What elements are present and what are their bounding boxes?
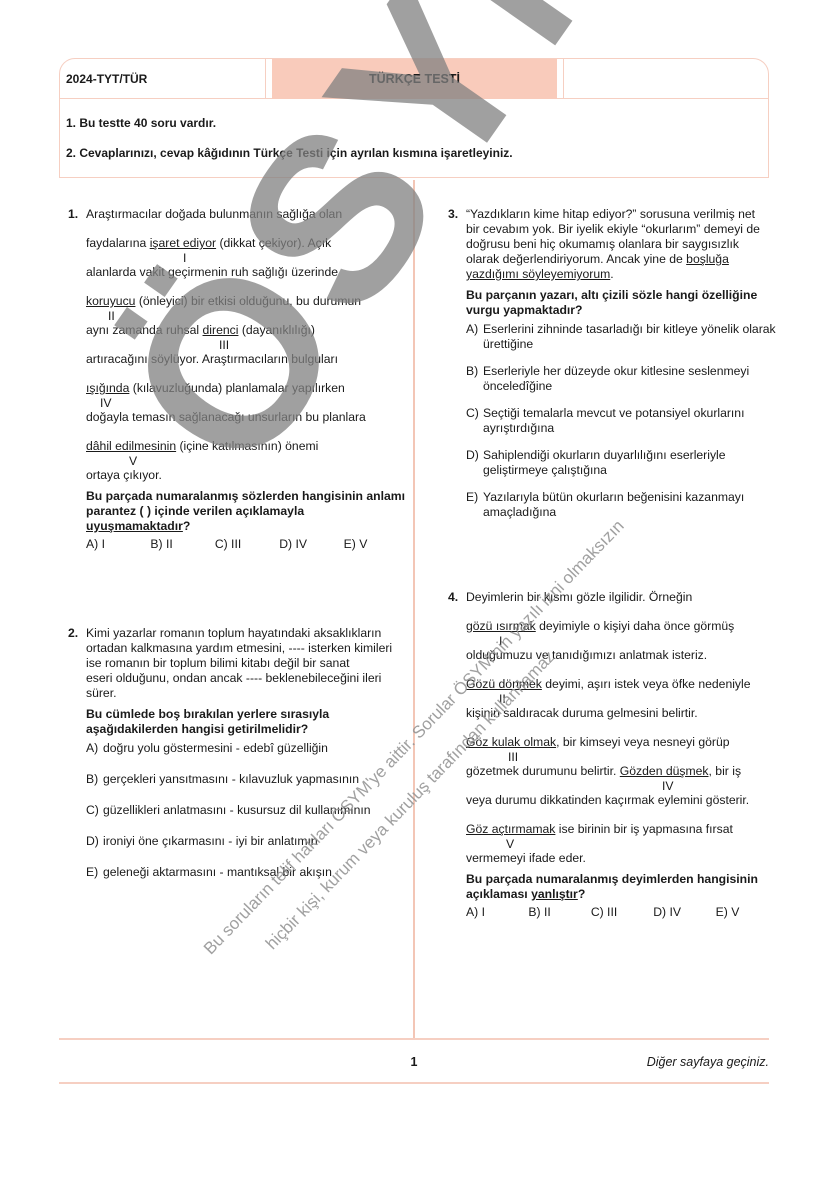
passage-line: Göz kulak olmak, bir kimseyi veya nesney…	[466, 735, 778, 750]
answer-choices: A) I B) II C) III D) IV E) V	[466, 905, 778, 920]
underlined-idiom-ii: Gözü dönmek	[466, 677, 542, 691]
question-number: 3.	[448, 207, 458, 222]
passage-line: Kimi yazarlar romanın toplum hayatındaki…	[86, 626, 408, 641]
choice-b[interactable]: B) II	[150, 537, 214, 552]
marker-iii: III	[508, 750, 518, 764]
choice-d[interactable]: D) IV	[279, 537, 343, 552]
question-number: 4.	[448, 590, 458, 605]
passage-line: ortadan kalkmasına yardım etmesini, ----…	[86, 641, 408, 656]
instruction-2: 2. Cevaplarınızı, cevap kâğıdının Türkçe…	[66, 146, 513, 160]
spacer	[466, 663, 778, 677]
marker-ii: II	[108, 309, 115, 323]
spacer	[466, 808, 778, 822]
marker-row: II	[466, 692, 778, 706]
underlined-phrase-ii: koruyucu	[86, 294, 135, 308]
spacer	[86, 425, 408, 439]
passage-line: koruyucu (önleyici) bir etkisi olduğunu,…	[86, 294, 408, 309]
marker-ii: II	[499, 692, 506, 706]
marker-row: IV	[86, 396, 408, 410]
passage-line: kişinin saldıracak duruma gelmesini beli…	[466, 706, 778, 721]
passage-line: gözü ısırmak deyimiyle o kişiyi daha önc…	[466, 619, 778, 634]
passage-line: ışığında (kılavuzluğunda) planlamalar ya…	[86, 381, 408, 396]
marker-i: I	[183, 251, 186, 265]
spacer	[466, 605, 778, 619]
passage-line: Araştırmacılar doğada bulunmanın sağlığa…	[86, 207, 408, 222]
marker-row: I	[86, 251, 408, 265]
underlined-idiom-v: Göz açtırmamak	[466, 822, 555, 836]
passage-line: alanlarda vakit geçirmenin ruh sağlığı ü…	[86, 265, 408, 280]
marker-i: I	[499, 634, 502, 648]
passage-line: doğayla temasın sağlanacağı unsurların b…	[86, 410, 408, 425]
passage-line: bir cevabım yok. Bir iyelik ekiyle “okur…	[466, 222, 778, 237]
page-number: 1	[400, 1055, 428, 1069]
passage-line: “Yazdıkların kime hitap ediyor?” sorusun…	[466, 207, 778, 222]
option-c[interactable]: C)güzellikleri anlatmasını - kusursuz di…	[86, 803, 408, 818]
underlined-phrase-iv: ışığında	[86, 381, 129, 395]
underlined-idiom-iii: Göz kulak olmak	[466, 735, 556, 749]
passage-line: Gözü dönmek deyimi, aşırı istek veya öfk…	[466, 677, 778, 692]
question-number: 1.	[68, 207, 78, 222]
choice-e[interactable]: E) V	[716, 905, 778, 920]
footer-divider-bottom	[59, 1082, 769, 1084]
passage-line: eseri olduğunu, ondan ancak ---- beklene…	[86, 671, 408, 686]
passage-line: doğrusu beni hiç okumamış olanlara bir s…	[466, 237, 778, 252]
footer-divider-top	[59, 1038, 769, 1040]
exam-code: 2024-TYT/TÜR	[60, 59, 266, 99]
header-row: 2024-TYT/TÜR TÜRKÇE TESTİ	[60, 59, 768, 99]
choice-b[interactable]: B) II	[528, 905, 590, 920]
marker-iv: IV	[662, 779, 674, 793]
option-b[interactable]: B)Eserleriyle her düzeyde okur kitlesine…	[466, 364, 778, 394]
passage-line: yazdığımı söyleyemiyorum.	[466, 267, 778, 282]
test-header: 2024-TYT/TÜR TÜRKÇE TESTİ 1. Bu testte 4…	[59, 58, 769, 178]
marker-row: I	[466, 634, 778, 648]
passage-line: olduğumuzu ve tanıdığımızı anlatmak iste…	[466, 648, 778, 663]
passage-line: ortaya çıkıyor.	[86, 468, 408, 483]
passage-line: veya durumu dikkatinden kaçırmak eylemin…	[466, 793, 778, 808]
choice-c[interactable]: C) III	[215, 537, 279, 552]
passage-line: aynı zamanda ruhsal direnci (dayanıklılı…	[86, 323, 408, 338]
underlined-phrase-v: dâhil edilmesinin	[86, 439, 176, 453]
question-stem: Bu parçada numaralanmış deyimlerden hang…	[466, 872, 778, 902]
passage-line: dâhil edilmesinin (içine katılmasının) ö…	[86, 439, 408, 454]
passage-line: vermemeyi ifade eder.	[466, 851, 778, 866]
choice-a[interactable]: A) I	[466, 905, 528, 920]
question-stem: Bu cümlede boş bırakılan yerlere sırasıy…	[86, 707, 408, 737]
passage-line: artıracağını söylüyor. Araştırmacıların …	[86, 352, 408, 367]
question-stem: Bu parçada numaralanmış sözlerden hangis…	[86, 489, 408, 534]
question-3: 3. “Yazdıkların kime hitap ediyor?” soru…	[448, 207, 778, 520]
choice-d[interactable]: D) IV	[653, 905, 715, 920]
marker-row: V	[466, 837, 778, 851]
choice-e[interactable]: E) V	[344, 537, 408, 552]
choice-a[interactable]: A) I	[86, 537, 150, 552]
option-b[interactable]: B)gerçekleri yansıtmasını - kılavuzluk y…	[86, 772, 408, 787]
option-d[interactable]: D)Sahiplendiği okurların duyarlılığını e…	[466, 448, 778, 478]
spacer	[86, 222, 408, 236]
column-divider	[413, 180, 415, 1038]
option-d[interactable]: D)ironiyi öne çıkarmasını - iyi bir anla…	[86, 834, 408, 849]
header-blank-cell	[563, 59, 768, 99]
marker-row: II	[86, 309, 408, 323]
passage-line: faydalarına işaret ediyor (dikkat çekiyo…	[86, 236, 408, 251]
question-number: 2.	[68, 626, 78, 641]
underlined-phrase-i: işaret ediyor	[150, 236, 216, 250]
passage-line: ise romanın bir toplum bilimi kitabı değ…	[86, 656, 408, 671]
option-e[interactable]: E)geleneği aktarmasını - mantıksal bir a…	[86, 865, 408, 880]
question-stem: Bu parçanın yazarı, altı çizili sözle ha…	[466, 288, 778, 318]
spacer	[466, 721, 778, 735]
test-title: TÜRKÇE TESTİ	[272, 59, 557, 99]
passage-line: Göz açtırmamak ise birinin bir iş yapmas…	[466, 822, 778, 837]
answer-choices: A) I B) II C) III D) IV E) V	[86, 537, 408, 552]
marker-iii: III	[219, 338, 229, 352]
passage-line: Deyimlerin bir kısmı gözle ilgilidir. Ör…	[466, 590, 778, 605]
passage-line: sürer.	[86, 686, 408, 701]
next-page-note: Diğer sayfaya geçiniz.	[647, 1055, 769, 1069]
marker-row: III	[86, 338, 408, 352]
marker-v: V	[129, 454, 137, 468]
question-1: 1. Araştırmacılar doğada bulunmanın sağl…	[68, 207, 408, 552]
choice-c[interactable]: C) III	[591, 905, 653, 920]
underlined-phrase-iii: direnci	[203, 323, 239, 337]
underlined-phrase: yazdığımı söyleyemiyorum	[466, 267, 610, 281]
spacer	[86, 280, 408, 294]
question-2: 2. Kimi yazarlar romanın toplum hayatınd…	[68, 626, 408, 880]
spacer	[86, 367, 408, 381]
marker-v: V	[506, 837, 514, 851]
marker-row: V	[86, 454, 408, 468]
instruction-1: 1. Bu testte 40 soru vardır.	[66, 116, 216, 130]
passage-line: gözetmek durumunu belirtir. Gözden düşme…	[466, 764, 778, 779]
underlined-phrase: boşluğa	[686, 252, 729, 266]
option-a[interactable]: A)Eserlerini zihninde tasarladığı bir ki…	[466, 322, 778, 352]
underlined-idiom-i: gözü ısırmak	[466, 619, 536, 633]
question-4: 4. Deyimlerin bir kısmı gözle ilgilidir.…	[448, 590, 778, 920]
option-c[interactable]: C)Seçtiği temalarla mevcut ve potansiyel…	[466, 406, 778, 436]
passage-line: olarak değerlendiriyorum. Ancak yine de …	[466, 252, 778, 267]
marker-iv: IV	[100, 396, 112, 410]
option-e[interactable]: E)Yazılarıyla bütün okurların beğenisini…	[466, 490, 778, 520]
option-a[interactable]: A)doğru yolu göstermesini - edebî güzell…	[86, 741, 408, 756]
marker-row: IV	[466, 779, 778, 793]
marker-row: III	[466, 750, 778, 764]
underlined-idiom-iv: Gözden düşmek	[620, 764, 709, 778]
